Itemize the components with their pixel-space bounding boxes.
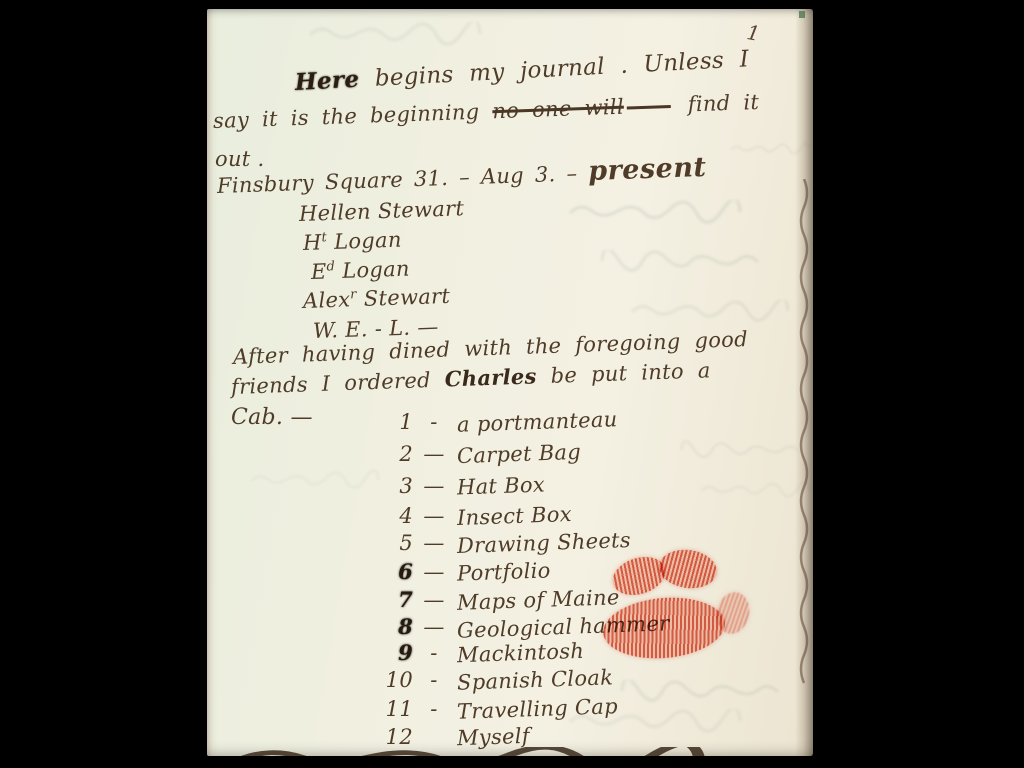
cab-item-row: 7—Maps of Maine (375, 587, 620, 617)
charles-name: Charles (444, 363, 537, 391)
present-word: present (588, 152, 707, 187)
cab-item-row: 4—Insect Box (375, 504, 572, 534)
blotted-word: Here (294, 66, 360, 96)
faint-pencil-mark (300, 22, 490, 46)
bleed-through-mark (610, 680, 790, 702)
journal-line-2: say it is the beginning no one will find… (213, 90, 760, 133)
date-line: Finsbury Square 31. – Aug 3. – present (216, 152, 706, 200)
page-edge (795, 9, 813, 756)
cut-off-text-line (235, 747, 705, 756)
cab-item-row: 2—Carpet Bag (375, 442, 581, 472)
attendee-name: Ht Logan (303, 228, 402, 255)
bleed-through-mark (700, 480, 810, 500)
attendee-name: Hellen Stewart (299, 196, 465, 226)
lipstick-kiss-upper-right (657, 546, 720, 592)
manuscript-page: 1 Here begins my journal . Unless I say … (207, 9, 813, 756)
bleed-through-mark (250, 470, 380, 490)
cab-item-row: 11-Travelling Cap (375, 697, 618, 727)
bleed-through-mark (630, 300, 790, 322)
cab-item-row: 5—Drawing Sheets (375, 531, 631, 561)
journal-line-1: Here begins my journal . Unless I (294, 45, 749, 96)
narrative-line-3: Cab. — (231, 405, 313, 430)
struck-out-words: no one will (492, 93, 675, 123)
cab-item-row: 3—Hat Box (375, 474, 545, 504)
attendee-name: Alexr Stewart (303, 284, 451, 313)
cab-item-row: 6—Portfolio (375, 559, 551, 589)
bleed-through-mark (595, 250, 765, 272)
cab-item-row: 9-Mackintosh (375, 640, 584, 670)
cab-item-row: 10-Spanish Cloak (375, 668, 613, 698)
cab-item-row: 1-a portmanteau (375, 410, 618, 440)
attendee-name: Ed Logan (311, 257, 411, 284)
bleed-through-mark (680, 440, 800, 460)
bleed-through-mark (555, 200, 755, 224)
page-number: 1 (745, 20, 762, 46)
